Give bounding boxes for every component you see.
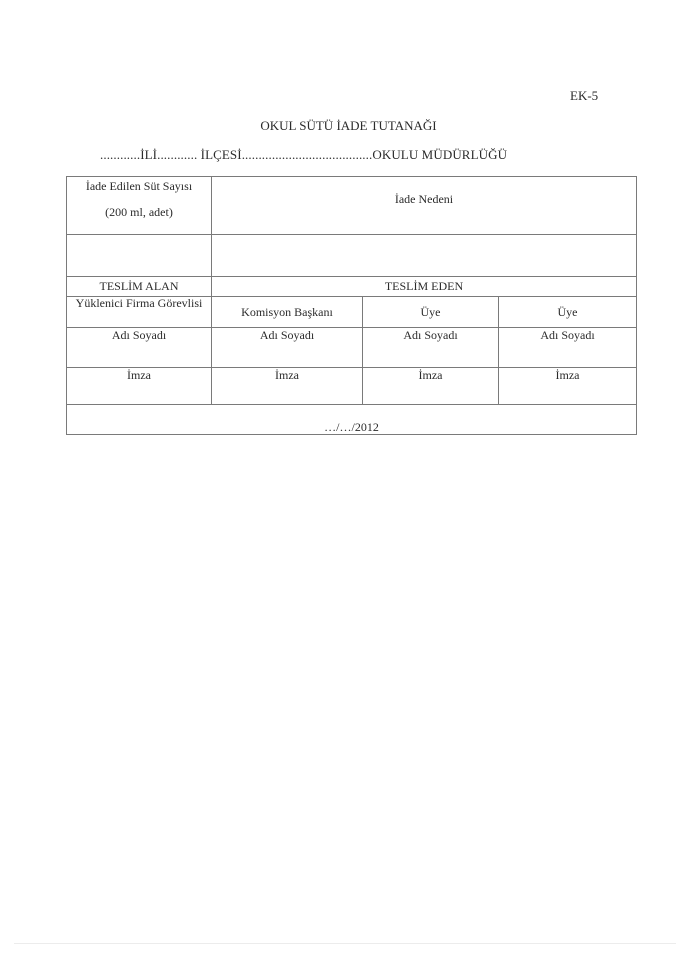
signature-field-chair[interactable]: İmza — [212, 368, 362, 404]
name-field-member-1[interactable]: Adı Soyadı — [363, 328, 498, 367]
received-by-header: TESLİM ALAN — [67, 279, 211, 293]
signature-field-member-2[interactable]: İmza — [499, 368, 636, 404]
signature-field-member-1[interactable]: İmza — [363, 368, 498, 404]
date-field[interactable]: …/…/2012 — [67, 420, 636, 434]
role-contractor-officer: Yüklenici Firma Görevlisi — [67, 297, 211, 310]
name-field-member-2[interactable]: Adı Soyadı — [499, 328, 636, 367]
page-edge-shadow — [14, 943, 676, 944]
table-border-top — [66, 176, 637, 177]
role-commission-chair: Komisyon Başkanı — [212, 305, 362, 319]
name-field-chair[interactable]: Adı Soyadı — [212, 328, 362, 367]
document-subtitle: ............İLİ............ İLÇESİ......… — [100, 147, 507, 163]
document-title: OKUL SÜTÜ İADE TUTANAĞI — [0, 118, 689, 134]
role-member-1: Üye — [363, 305, 498, 319]
reason-field[interactable] — [212, 235, 636, 276]
row-divider — [66, 404, 637, 405]
delivered-by-header: TESLİM EDEN — [212, 279, 636, 293]
reason-header: İade Nedeni — [212, 192, 636, 206]
quantity-header-line2: (200 ml, adet) — [67, 205, 211, 219]
name-field-contractor[interactable]: Adı Soyadı — [67, 328, 211, 367]
table-border-right — [636, 176, 637, 435]
row-divider — [66, 276, 637, 277]
table-border-bottom — [66, 434, 637, 435]
annex-label: EK-5 — [570, 88, 598, 104]
quantity-header: İade Edilen Süt Sayısı (200 ml, adet) — [67, 179, 211, 219]
signature-field-contractor[interactable]: İmza — [67, 368, 211, 404]
role-member-2: Üye — [499, 305, 636, 319]
quantity-field[interactable] — [67, 235, 211, 276]
quantity-header-line1: İade Edilen Süt Sayısı — [67, 179, 211, 193]
